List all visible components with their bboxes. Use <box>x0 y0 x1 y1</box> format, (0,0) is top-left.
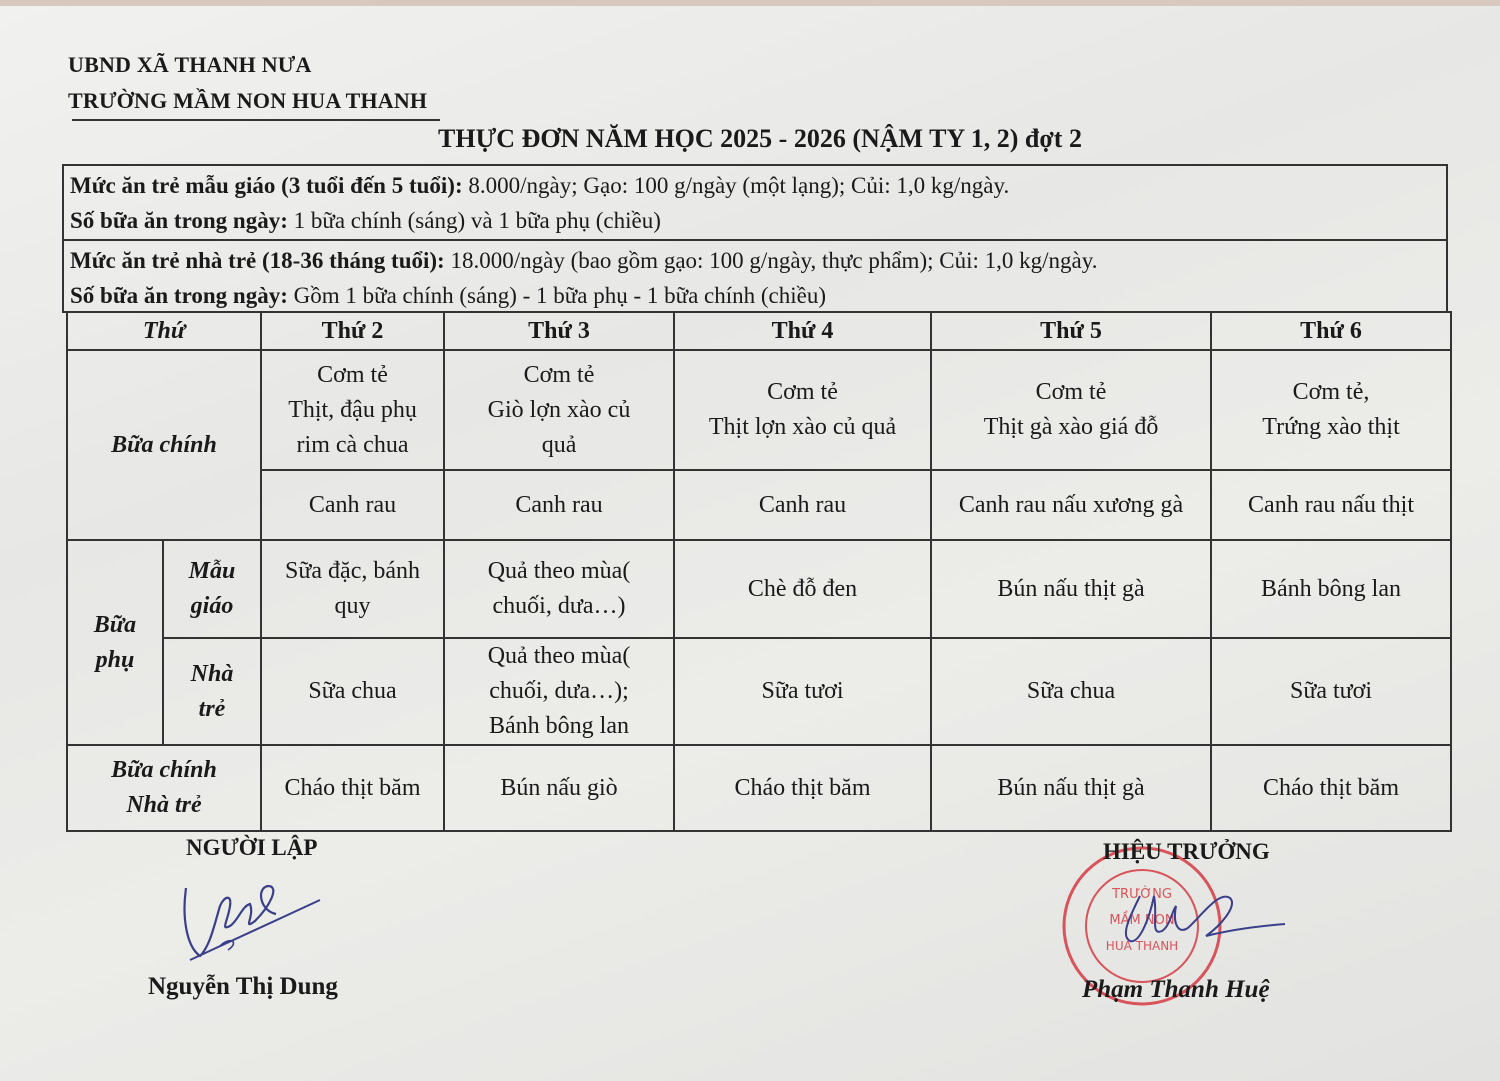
kindergarten-snack-row: Bữa phụ Mẫu giáo Sữa đặc, bánhquy Quả th… <box>67 540 1451 638</box>
main-dish-cell: Cơm tẻThịt gà xào giá đỗ <box>931 350 1211 470</box>
day-header: Thứ 6 <box>1211 312 1451 350</box>
org-line-2: TRƯỜNG MẦM NON HUA THANH <box>68 88 427 114</box>
snack-label-line: phụ <box>72 643 158 678</box>
cell-text-line: Quả theo mùa( <box>449 554 669 589</box>
cell-text-line: chuối, dưa…) <box>449 589 669 624</box>
cell-text-line: Thịt gà xào giá đỗ <box>936 410 1206 445</box>
kindergarten-label-line: giáo <box>168 589 256 624</box>
cell-text-line: Sữa tươi <box>1216 674 1446 709</box>
soup-cell: Canh rau <box>674 470 931 540</box>
nursery-snack-cell: Quả theo mùa(chuối, dưa…);Bánh bông lan <box>444 638 674 745</box>
nursery-main-cell: Cháo thịt băm <box>1211 745 1451 831</box>
cell-text-line: rim cà chua <box>266 428 439 463</box>
kindergarten-info: Mức ăn trẻ mẫu giáo (3 tuổi đến 5 tuổi):… <box>64 166 1446 239</box>
nursery-snack-cell: Sữa tươi <box>1211 638 1451 745</box>
main-dish-cell: Cơm tẻThịt lợn xào củ quả <box>674 350 931 470</box>
nursery-main-row: Bữa chính Nhà trẻ Cháo thịt băm Bún nấu … <box>67 745 1451 831</box>
nursery-meals: Số bữa ăn trong ngày: Gồm 1 bữa chính (s… <box>70 278 1440 313</box>
menu-header-row: Thứ Thứ 2 Thứ 3 Thứ 4 Thứ 5 Thứ 6 <box>67 312 1451 350</box>
main-dish-cell: Cơm tẻ,Trứng xào thịt <box>1211 350 1451 470</box>
nursery-snack-cell: Sữa tươi <box>674 638 931 745</box>
kindergarten-meals-value: 1 bữa chính (sáng) và 1 bữa phụ (chiều) <box>288 208 661 233</box>
cell-text-line: quy <box>266 589 439 624</box>
soup-cell: Canh rau <box>261 470 444 540</box>
cell-text-line: Cơm tẻ <box>679 375 926 410</box>
snack-meal-label: Bữa phụ <box>67 540 163 745</box>
kindergarten-snack-cell: Bánh bông lan <box>1211 540 1451 638</box>
nursery-main-label-line: Bữa chính <box>72 753 256 788</box>
cell-text-line: Cơm tẻ <box>266 358 439 393</box>
kindergarten-rate-label: Mức ăn trẻ mẫu giáo (3 tuổi đến 5 tuổi): <box>70 173 463 198</box>
soup-cell: Canh rau nấu xương gà <box>931 470 1211 540</box>
cell-text-line: Cơm tẻ <box>936 375 1206 410</box>
document-page: UBND XÃ THANH NƯA TRƯỜNG MẦM NON HUA THA… <box>0 0 1500 1075</box>
principal-title: HIỆU TRƯỞNG <box>1103 839 1270 865</box>
main-dish-cell: Cơm tẻThịt, đậu phụrim cà chua <box>261 350 444 470</box>
nursery-snack-row: Nhà trẻ Sữa chua Quả theo mùa(chuối, dưa… <box>67 638 1451 745</box>
menu-table: Thứ Thứ 2 Thứ 3 Thứ 4 Thứ 5 Thứ 6 Bữa ch… <box>66 311 1452 832</box>
soup-row: Canh rau Canh rau Canh rau Canh rau nấu … <box>67 470 1451 540</box>
kindergarten-snack-cell: Bún nấu thịt gà <box>931 540 1211 638</box>
cell-text-line: Giò lợn xào củ <box>449 393 669 428</box>
cell-text-line: quả <box>449 428 669 463</box>
nursery-main-cell: Cháo thịt băm <box>674 745 931 831</box>
kindergarten-label-line: Mẫu <box>168 554 256 589</box>
nursery-rate-value: 18.000/ngày (bao gồm gạo: 100 g/ngày, th… <box>445 248 1098 273</box>
nursery-label: Nhà trẻ <box>163 638 261 745</box>
nursery-info: Mức ăn trẻ nhà trẻ (18-36 tháng tuổi): 1… <box>64 239 1446 312</box>
kindergarten-rate: Mức ăn trẻ mẫu giáo (3 tuổi đến 5 tuổi):… <box>70 168 1440 203</box>
kindergarten-snack-cell: Chè đỗ đen <box>674 540 931 638</box>
meal-rate-info: Mức ăn trẻ mẫu giáo (3 tuổi đến 5 tuổi):… <box>62 164 1448 313</box>
preparer-title: NGƯỜI LẬP <box>186 835 317 861</box>
cell-text-line: Quả theo mùa( <box>449 639 669 674</box>
nursery-meals-value: Gồm 1 bữa chính (sáng) - 1 bữa phụ - 1 b… <box>288 283 826 308</box>
cell-text-line: Bánh bông lan <box>449 709 669 744</box>
day-header: Thứ 3 <box>444 312 674 350</box>
day-header: Thứ 2 <box>261 312 444 350</box>
main-dish-row: Bữa chính Cơm tẻThịt, đậu phụrim cà chua… <box>67 350 1451 470</box>
nursery-label-line: Nhà <box>168 657 256 692</box>
kindergarten-meals-label: Số bữa ăn trong ngày: <box>70 208 288 233</box>
preparer-name: Nguyễn Thị Dung <box>148 973 338 1001</box>
day-header: Thứ 4 <box>674 312 931 350</box>
principal-name: Phạm Thanh Huệ <box>1082 976 1270 1004</box>
soup-cell: Canh rau <box>444 470 674 540</box>
cell-text-line: chuối, dưa…); <box>449 674 669 709</box>
kindergarten-label: Mẫu giáo <box>163 540 261 638</box>
cell-text-line: Thịt lợn xào củ quả <box>679 410 926 445</box>
cell-text-line: Bún nấu thịt gà <box>936 572 1206 607</box>
kindergarten-snack-cell: Quả theo mùa(chuối, dưa…) <box>444 540 674 638</box>
nursery-main-cell: Cháo thịt băm <box>261 745 444 831</box>
cell-text-line: Trứng xào thịt <box>1216 410 1446 445</box>
cell-text-line: Cơm tẻ <box>449 358 669 393</box>
cell-text-line: Cơm tẻ, <box>1216 375 1446 410</box>
corner-header: Thứ <box>67 312 261 350</box>
main-dish-cell: Cơm tẻGiò lợn xào củquả <box>444 350 674 470</box>
nursery-rate: Mức ăn trẻ nhà trẻ (18-36 tháng tuổi): 1… <box>70 243 1440 278</box>
soup-cell: Canh rau nấu thịt <box>1211 470 1451 540</box>
org-underline <box>72 119 440 121</box>
cell-text-line: Sữa đặc, bánh <box>266 554 439 589</box>
org-line-1: UBND XÃ THANH NƯA <box>68 52 312 78</box>
nursery-label-line: trẻ <box>168 692 256 727</box>
cell-text-line: Thịt, đậu phụ <box>266 393 439 428</box>
document-title: THỰC ĐƠN NĂM HỌC 2025 - 2026 (NẬM TY 1, … <box>0 124 1500 154</box>
nursery-main-cell: Bún nấu giò <box>444 745 674 831</box>
kindergarten-rate-value: 8.000/ngày; Gạo: 100 g/ngày (một lạng); … <box>463 173 1010 198</box>
principal-signature <box>1110 876 1290 966</box>
snack-label-line: Bữa <box>72 608 158 643</box>
cell-text-line: Sữa chua <box>936 674 1206 709</box>
nursery-snack-cell: Sữa chua <box>261 638 444 745</box>
cell-text-line: Chè đỗ đen <box>679 572 926 607</box>
nursery-snack-cell: Sữa chua <box>931 638 1211 745</box>
nursery-main-label: Bữa chính Nhà trẻ <box>67 745 261 831</box>
kindergarten-snack-cell: Sữa đặc, bánhquy <box>261 540 444 638</box>
cell-text-line: Sữa tươi <box>679 674 926 709</box>
nursery-main-label-line: Nhà trẻ <box>72 788 256 823</box>
nursery-main-cell: Bún nấu thịt gà <box>931 745 1211 831</box>
preparer-signature <box>180 876 330 966</box>
cell-text-line: Bánh bông lan <box>1216 572 1446 607</box>
main-meal-label: Bữa chính <box>67 350 261 540</box>
cell-text-line: Sữa chua <box>266 674 439 709</box>
nursery-meals-label: Số bữa ăn trong ngày: <box>70 283 288 308</box>
nursery-rate-label: Mức ăn trẻ nhà trẻ (18-36 tháng tuổi): <box>70 248 445 273</box>
day-header: Thứ 5 <box>931 312 1211 350</box>
kindergarten-meals: Số bữa ăn trong ngày: 1 bữa chính (sáng)… <box>70 203 1440 238</box>
